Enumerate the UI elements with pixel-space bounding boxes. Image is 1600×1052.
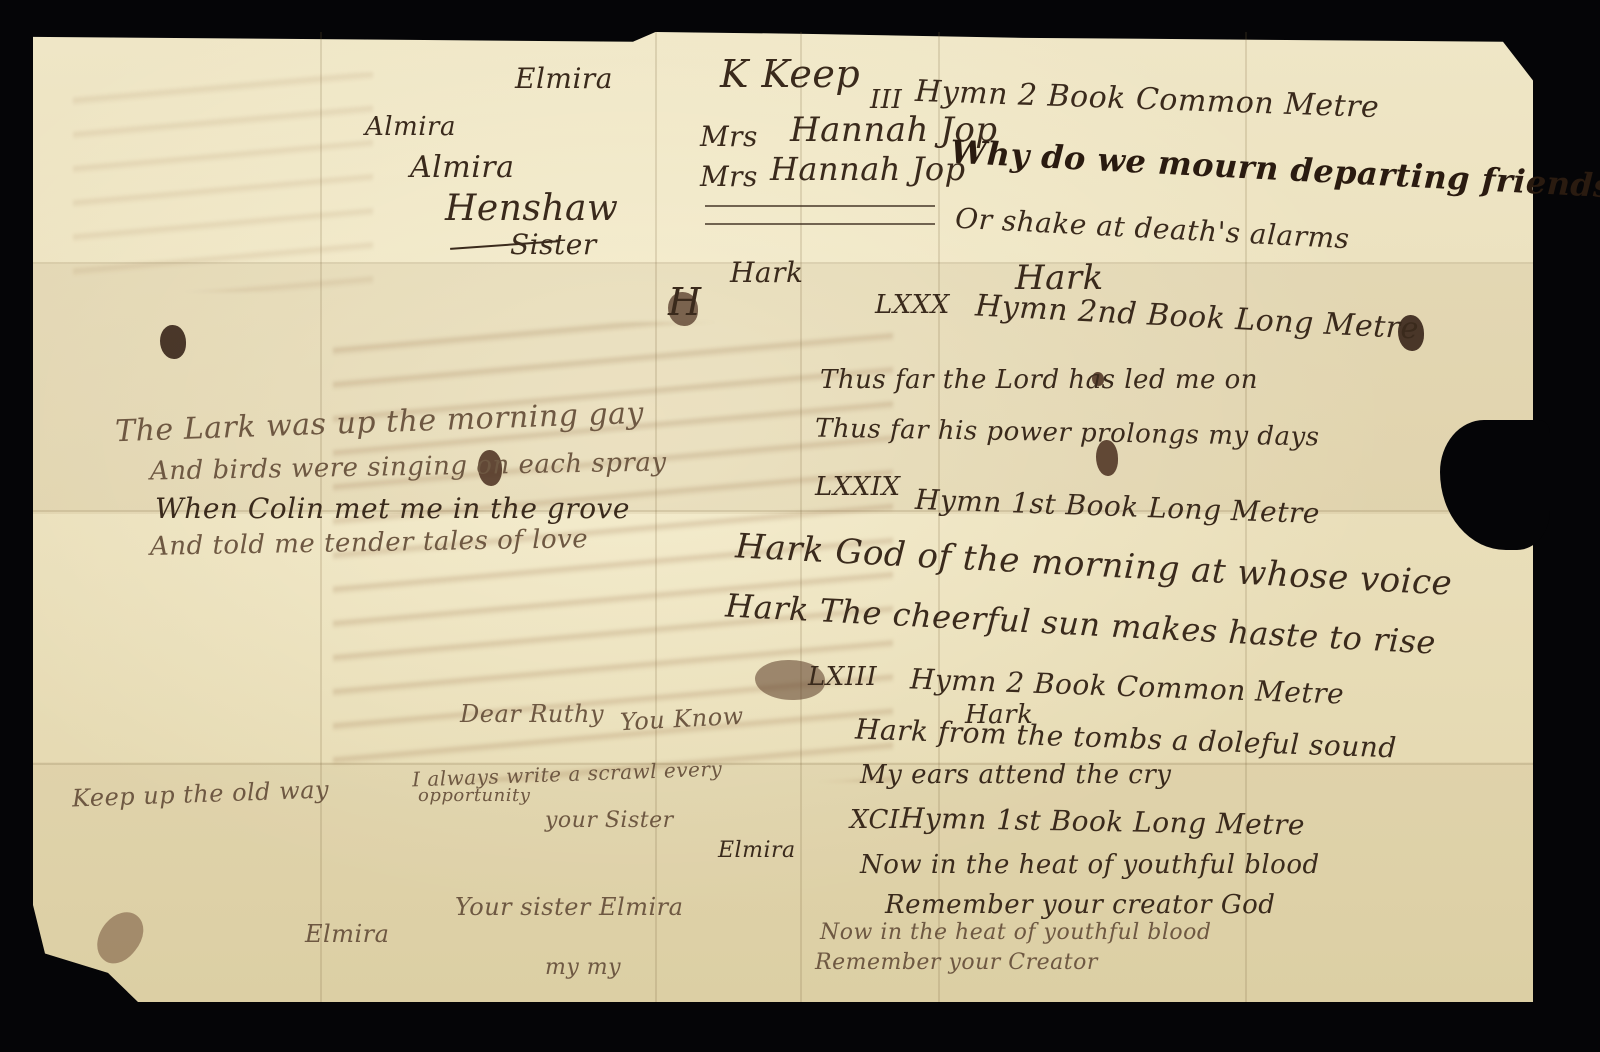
my-my: my my: [545, 955, 621, 980]
hymn-number: LXXIX: [815, 472, 901, 502]
name-almira-2: Almira: [410, 150, 515, 185]
hannah-jop-2: Hannah Jop: [770, 150, 966, 188]
hymn-number: LXXX: [875, 290, 950, 320]
fold-line: [33, 763, 1533, 765]
hymn-number: III: [870, 85, 902, 115]
name-elmira-top: Elmira: [515, 62, 613, 95]
elmira-bottom: Elmira: [305, 920, 389, 948]
hark-margin: Hark: [730, 256, 803, 289]
note-line: opportunity: [418, 785, 530, 806]
hymn-line: Now in the heat of youthful blood: [860, 850, 1320, 880]
hymn-number: LXIII: [808, 662, 877, 692]
address-scribbles: [705, 195, 935, 239]
mrs-1: Mrs: [700, 120, 758, 153]
note-salutation: Dear Ruthy: [460, 700, 604, 728]
name-almira-1: Almira: [365, 112, 456, 142]
bleed-through-writing-topleft: [73, 72, 373, 292]
surname-henshaw: Henshaw: [445, 188, 618, 229]
your-sister-elmira: Your sister Elmira: [455, 893, 683, 921]
hymn-line: Thus far the Lord has led me on: [820, 365, 1258, 395]
hymn-heading: Hymn 1st Book Long Metre: [900, 801, 1305, 841]
mrs-2: Mrs: [700, 160, 758, 193]
note-signature: Elmira: [718, 838, 796, 863]
ink-blot: [160, 325, 186, 359]
poem-line: When Colin met me in the grove: [155, 492, 630, 525]
keep-label: K Keep: [720, 52, 860, 96]
hymn-line: Remember your creator God: [885, 890, 1275, 920]
initial-h: H: [668, 280, 702, 324]
fold-line: [655, 32, 657, 1002]
note-line: your Sister: [545, 808, 674, 833]
hymn-line: Now in the heat of youthful blood: [820, 920, 1211, 945]
hymn-line: Remember your Creator: [815, 950, 1098, 975]
hymn-line: My ears attend the cry: [860, 760, 1171, 790]
hymn-number: XCI: [850, 805, 900, 835]
